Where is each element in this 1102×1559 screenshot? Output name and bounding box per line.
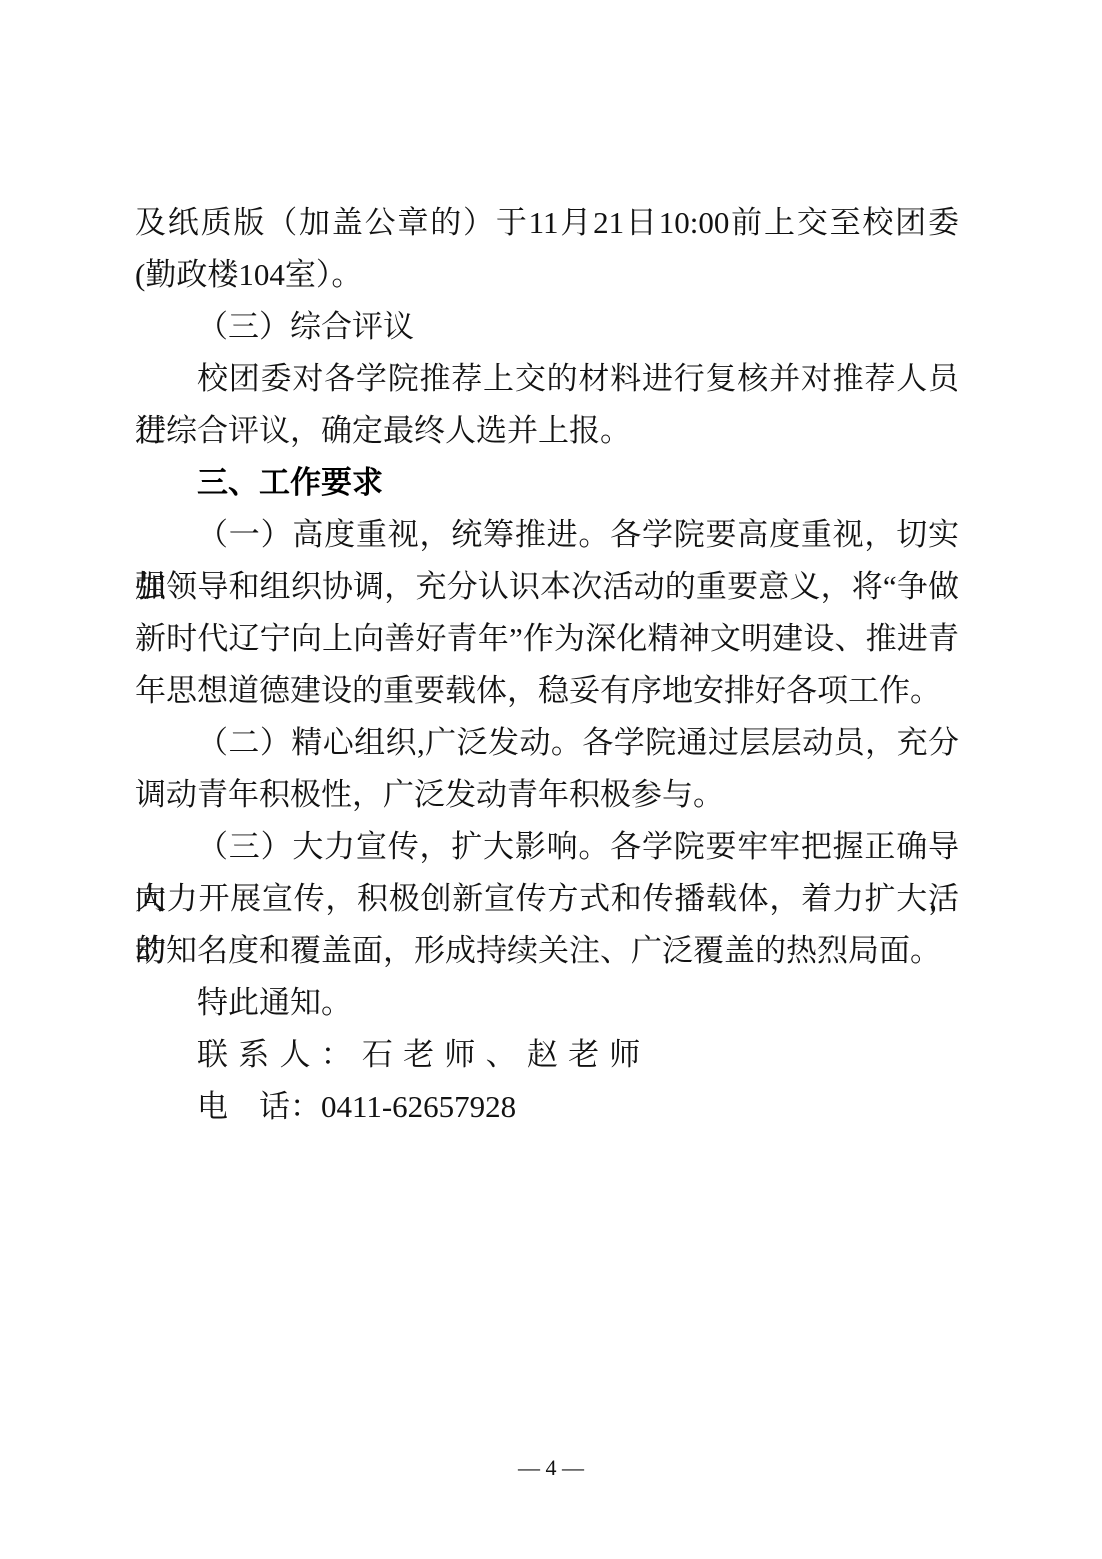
doc-line: （二）精心组织,广泛发动。各学院通过层层动员，充分 [135, 717, 959, 769]
doc-line: 的知名度和覆盖面，形成持续关注、广泛覆盖的热烈局面。 [135, 925, 959, 977]
doc-line: 新时代辽宁向上向善好青年”作为深化精神文明建设、推进青 [135, 613, 959, 665]
doc-line: （三）大力宣传，扩大影响。各学院要牢牢把握正确导向， [135, 821, 959, 873]
doc-line: 调动青年积极性，广泛发动青年积极参与。 [135, 769, 959, 821]
doc-line: 行综合评议，确定最终人选并上报。 [135, 405, 959, 457]
doc-line: (勤政楼104室）。 [135, 249, 959, 301]
contact-phone-line: 电 话：0411-62657928 [135, 1081, 959, 1133]
document-page: 及纸质版（加盖公章的）于11月21日10:00前上交至校团委 (勤政楼104室）… [0, 0, 1102, 1559]
doc-line: 校团委对各学院推荐上交的材料进行复核并对推荐人员进 [135, 353, 959, 405]
contact-person-line: 联系人：石老师、赵老师 [135, 1029, 959, 1081]
page-number: — 4 — [0, 1446, 1102, 1490]
doc-line: 强领导和组织协调，充分认识本次活动的重要意义，将“争做 [135, 561, 959, 613]
document-body: 及纸质版（加盖公章的）于11月21日10:00前上交至校团委 (勤政楼104室）… [135, 197, 959, 1133]
doc-line: 及纸质版（加盖公章的）于11月21日10:00前上交至校团委 [135, 197, 959, 249]
doc-line: 年思想道德建设的重要载体，稳妥有序地安排好各项工作。 [135, 665, 959, 717]
doc-line: （一）高度重视，统筹推进。各学院要高度重视，切实加 [135, 509, 959, 561]
section-heading: 三、工作要求 [135, 457, 959, 509]
doc-line: 大力开展宣传，积极创新宣传方式和传播载体，着力扩大活动 [135, 873, 959, 925]
closing-line: 特此通知。 [135, 977, 959, 1029]
sub-heading-3: （三）综合评议 [135, 301, 959, 353]
